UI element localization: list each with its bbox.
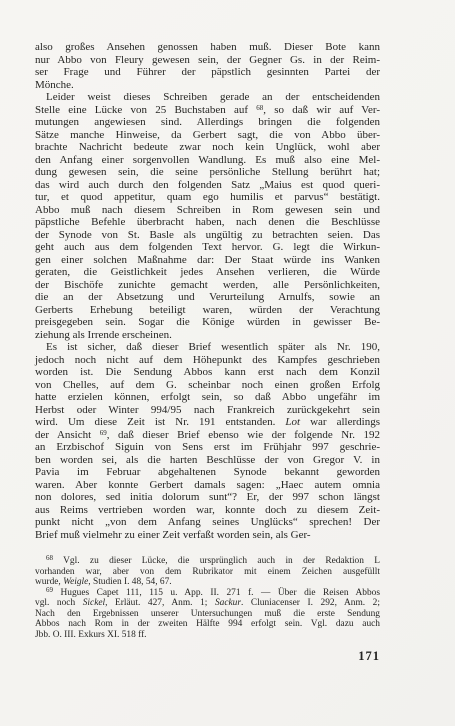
text-segment: Herbst oder Winter 994/95 nach Frankreic… xyxy=(35,404,380,416)
text-segment: der Synode von St. Basle als ungültig zu… xyxy=(35,229,380,241)
footnote: 68 Vgl. zu dieser Lücke, die ursprünglic… xyxy=(35,556,380,588)
text-line: 69 Hugues Capet 111, 115 u. App. II. 271… xyxy=(35,588,380,599)
text-segment: , so daß wir auf Ver- xyxy=(263,104,380,116)
italic-text: Weigle xyxy=(63,577,88,587)
text-line: Herbst oder Winter 994/95 nach Frankreic… xyxy=(35,404,380,417)
text-segment: Pavia im Februar abgehaltenen Synode bek… xyxy=(35,466,380,478)
text-segment: geht auch aus dem folgenden Text hervor.… xyxy=(35,241,380,253)
text-line: Leider weist dieses Schreiben gerade an … xyxy=(35,91,380,104)
text-segment: brachte Nachricht bedeute zwar noch kein… xyxy=(35,141,380,153)
text-line: Brief muß vielmehr zu einer Zeit verfaßt… xyxy=(35,529,380,542)
text-line: der Ansicht 69, daß dieser Brief ebenso … xyxy=(35,429,380,442)
footnote-ref: 68 xyxy=(256,104,263,112)
text-line: also großes Ansehen genossen haben muß. … xyxy=(35,41,380,54)
text-line: Abbos nach Rom in der zweiten Hälfte 994… xyxy=(35,619,380,630)
text-segment: an Erzbischof Siguin von Sens erst im Fr… xyxy=(35,441,380,453)
text-line: nur Abbo von Fleury gewesen sein, der Ge… xyxy=(35,54,380,67)
text-segment: Sätze manche Hinweise, da Gerbert sagt, … xyxy=(35,129,380,141)
text-segment: Hugues Capet 111, 115 u. App. II. 271 f.… xyxy=(53,588,380,598)
text-segment: Abbos nach Rom in der zweiten Hälfte 994… xyxy=(35,619,380,629)
text-segment: jedoch noch nicht auf dem Höhepunkt des … xyxy=(35,354,380,366)
text-line: wird. Um diese Zeit ist Nr. 191 entstand… xyxy=(35,416,380,429)
text-line: gen einer solchen Maßnahme dar: Der Staa… xyxy=(35,254,380,267)
text-segment: gen einer solchen Maßnahme dar: Der Staa… xyxy=(35,254,380,266)
text-line: Mönche. xyxy=(35,79,380,92)
footnote: 69 Hugues Capet 111, 115 u. App. II. 271… xyxy=(35,588,380,641)
text-line: der Synode von St. Basle als ungültig zu… xyxy=(35,229,380,242)
text-line: den Anfang einer sorgenvollen Wandlung. … xyxy=(35,154,380,167)
text-line: päpstliche Befehle überbracht haben, nac… xyxy=(35,216,380,229)
text-line: punkt nicht „von dem Anfang seines Unglü… xyxy=(35,516,380,529)
text-line: ben worden sei, als die harten Beschlüss… xyxy=(35,454,380,467)
text-segment: mutungen angewiesen sind. Allerdings bri… xyxy=(35,116,380,128)
text-line: geht auch aus dem folgenden Text hervor.… xyxy=(35,241,380,254)
main-text: also großes Ansehen genossen haben muß. … xyxy=(35,41,380,541)
text-segment: Abbo muß nach diesem Schreiben in Rom ge… xyxy=(35,204,380,216)
text-line: Pavia im Februar abgehaltenen Synode bek… xyxy=(35,466,380,479)
text-line: hatte erzielen können, erfolgt sein, so … xyxy=(35,391,380,404)
text-segment: non dolores, sed initia dolorum sunt“? E… xyxy=(35,491,380,503)
text-line: Stelle eine Lücke von 25 Buchstaben auf … xyxy=(35,104,380,117)
text-segment: punkt nicht „von dem Anfang seines Unglü… xyxy=(35,516,380,528)
text-segment: der Bischöfe zunichte gemacht werden, al… xyxy=(35,279,380,291)
paragraph: Es ist sicher, daß dieser Brief wesentli… xyxy=(35,341,380,541)
text-segment: ziehung als Irrende erscheinen. xyxy=(35,329,172,341)
text-line: Gerberts Erhebung beteiligt waren, würde… xyxy=(35,304,380,317)
text-line: ser Frage und Führer der päpstlich gesin… xyxy=(35,66,380,79)
text-segment: wird. Um diese Zeit ist Nr. 191 entstand… xyxy=(35,416,285,428)
text-segment: Gerberts Erhebung beteiligt waren, würde… xyxy=(35,304,380,316)
text-line: der Bischöfe zunichte gemacht werden, al… xyxy=(35,279,380,292)
text-segment: Nach den Ergebnissen unserer Untersuchun… xyxy=(35,609,380,619)
text-line: vorhanden war, aber von dem Rubrikator m… xyxy=(35,567,380,578)
text-segment: , daß dieser Brief ebenso wie der folgen… xyxy=(107,429,380,441)
text-line: brachte Nachricht bedeute zwar noch kein… xyxy=(35,141,380,154)
text-segment: den Anfang einer sorgenvollen Wandlung. … xyxy=(35,154,380,166)
book-page: also großes Ansehen genossen haben muß. … xyxy=(0,0,455,726)
text-line: non dolores, sed initia dolorum sunt“? E… xyxy=(35,491,380,504)
text-line: Es ist sicher, daß dieser Brief wesentli… xyxy=(35,341,380,354)
text-segment: waren. Aber konnte Gerbert damals sagen:… xyxy=(35,479,380,491)
text-line: waren. Aber konnte Gerbert damals sagen:… xyxy=(35,479,380,492)
text-line: die an der Absetzung und Verurteilung Ar… xyxy=(35,291,380,304)
text-line: von Chelles, auf dem G. scheinbar noch e… xyxy=(35,379,380,392)
text-segment: . Cluniacenser I. 292, Anm. 2; xyxy=(241,598,380,608)
text-line: tur, et quod appetitur, quam ego humilis… xyxy=(35,191,380,204)
page-number: 171 xyxy=(35,649,380,664)
text-line: 68 Vgl. zu dieser Lücke, die ursprünglic… xyxy=(35,556,380,567)
text-line: aus Reims vertrieben worden war, konnte … xyxy=(35,504,380,517)
text-segment: das wird auch durch den folgenden Satz „… xyxy=(35,179,380,191)
text-segment: Brief muß vielmehr zu einer Zeit verfaßt… xyxy=(35,529,311,541)
text-line: Abbo muß nach diesem Schreiben in Rom ge… xyxy=(35,204,380,217)
text-segment: Mönche. xyxy=(35,79,74,91)
text-segment: Jbb. O. III. Exkurs XI. 518 ff. xyxy=(35,630,147,640)
text-segment: Leider weist dieses Schreiben gerade an … xyxy=(46,91,380,103)
text-segment: die an der Absetzung und Verurteilung Ar… xyxy=(35,291,380,303)
paragraph: Leider weist dieses Schreiben gerade an … xyxy=(35,91,380,341)
footnote-ref: 68 xyxy=(46,554,53,562)
text-line: worden ist. Die Sendung Abbos kann erst … xyxy=(35,366,380,379)
text-line: ziehung als Irrende erscheinen. xyxy=(35,329,380,342)
text-segment: päpstliche Befehle überbracht haben, nac… xyxy=(35,216,380,228)
text-segment: vgl. noch xyxy=(35,598,83,608)
text-line: mutungen angewiesen sind. Allerdings bri… xyxy=(35,116,380,129)
text-segment: Stelle eine Lücke von 25 Buchstaben auf xyxy=(35,104,256,116)
text-segment: von Chelles, auf dem G. scheinbar noch e… xyxy=(35,379,380,391)
text-segment: , Studien I. 48, 54, 67. xyxy=(88,577,171,587)
text-line: dung gewesen sein, die seine persönliche… xyxy=(35,166,380,179)
text-segment: ser Frage und Führer der päpstlich gesin… xyxy=(35,66,380,78)
italic-text: Sickel xyxy=(83,598,105,608)
text-line: an Erzbischof Siguin von Sens erst im Fr… xyxy=(35,441,380,454)
footnote-ref: 69 xyxy=(46,586,53,594)
text-line: Jbb. O. III. Exkurs XI. 518 ff. xyxy=(35,630,380,641)
text-segment: der Ansicht xyxy=(35,429,100,441)
text-segment: geraten, die Geistlichkeit jedes Ansehen… xyxy=(35,266,380,278)
text-segment: also großes Ansehen genossen haben muß. … xyxy=(35,41,380,53)
text-line: geraten, die Geistlichkeit jedes Ansehen… xyxy=(35,266,380,279)
text-segment: hatte erzielen können, erfolgt sein, so … xyxy=(35,391,380,403)
text-segment: , Erläut. 427, Anm. 1; xyxy=(105,598,215,608)
italic-text: Lot xyxy=(285,416,300,428)
text-segment: Vgl. zu dieser Lücke, die ursprünglich a… xyxy=(53,556,380,566)
text-segment: worden ist. Die Sendung Abbos kann erst … xyxy=(35,366,380,378)
text-segment: nur Abbo von Fleury gewesen sein, der Ge… xyxy=(35,54,380,66)
text-line: preisgegeben sein. Sogar die Könige würd… xyxy=(35,316,380,329)
text-line: wurde, Weigle, Studien I. 48, 54, 67. xyxy=(35,577,380,588)
footnotes: 68 Vgl. zu dieser Lücke, die ursprünglic… xyxy=(35,556,380,640)
paragraph: also großes Ansehen genossen haben muß. … xyxy=(35,41,380,91)
text-line: das wird auch durch den folgenden Satz „… xyxy=(35,179,380,192)
text-segment: vorhanden war, aber von dem Rubrikator m… xyxy=(35,567,380,577)
text-line: Sätze manche Hinweise, da Gerbert sagt, … xyxy=(35,129,380,142)
text-line: vgl. noch Sickel, Erläut. 427, Anm. 1; S… xyxy=(35,598,380,609)
text-line: jedoch noch nicht auf dem Höhepunkt des … xyxy=(35,354,380,367)
italic-text: Sackur xyxy=(215,598,241,608)
text-segment: war allerdings xyxy=(300,416,380,428)
text-segment: tur, et quod appetitur, quam ego humilis… xyxy=(35,191,380,203)
text-segment: dung gewesen sein, die seine persönliche… xyxy=(35,166,380,178)
footnote-ref: 69 xyxy=(100,429,107,437)
text-segment: preisgegeben sein. Sogar die Könige würd… xyxy=(35,316,380,328)
text-segment: aus Reims vertrieben worden war, konnte … xyxy=(35,504,380,516)
text-segment: ben worden sei, als die harten Beschlüss… xyxy=(35,454,380,466)
text-segment: Es ist sicher, daß dieser Brief wesentli… xyxy=(46,341,380,353)
text-line: Nach den Ergebnissen unserer Untersuchun… xyxy=(35,609,380,620)
